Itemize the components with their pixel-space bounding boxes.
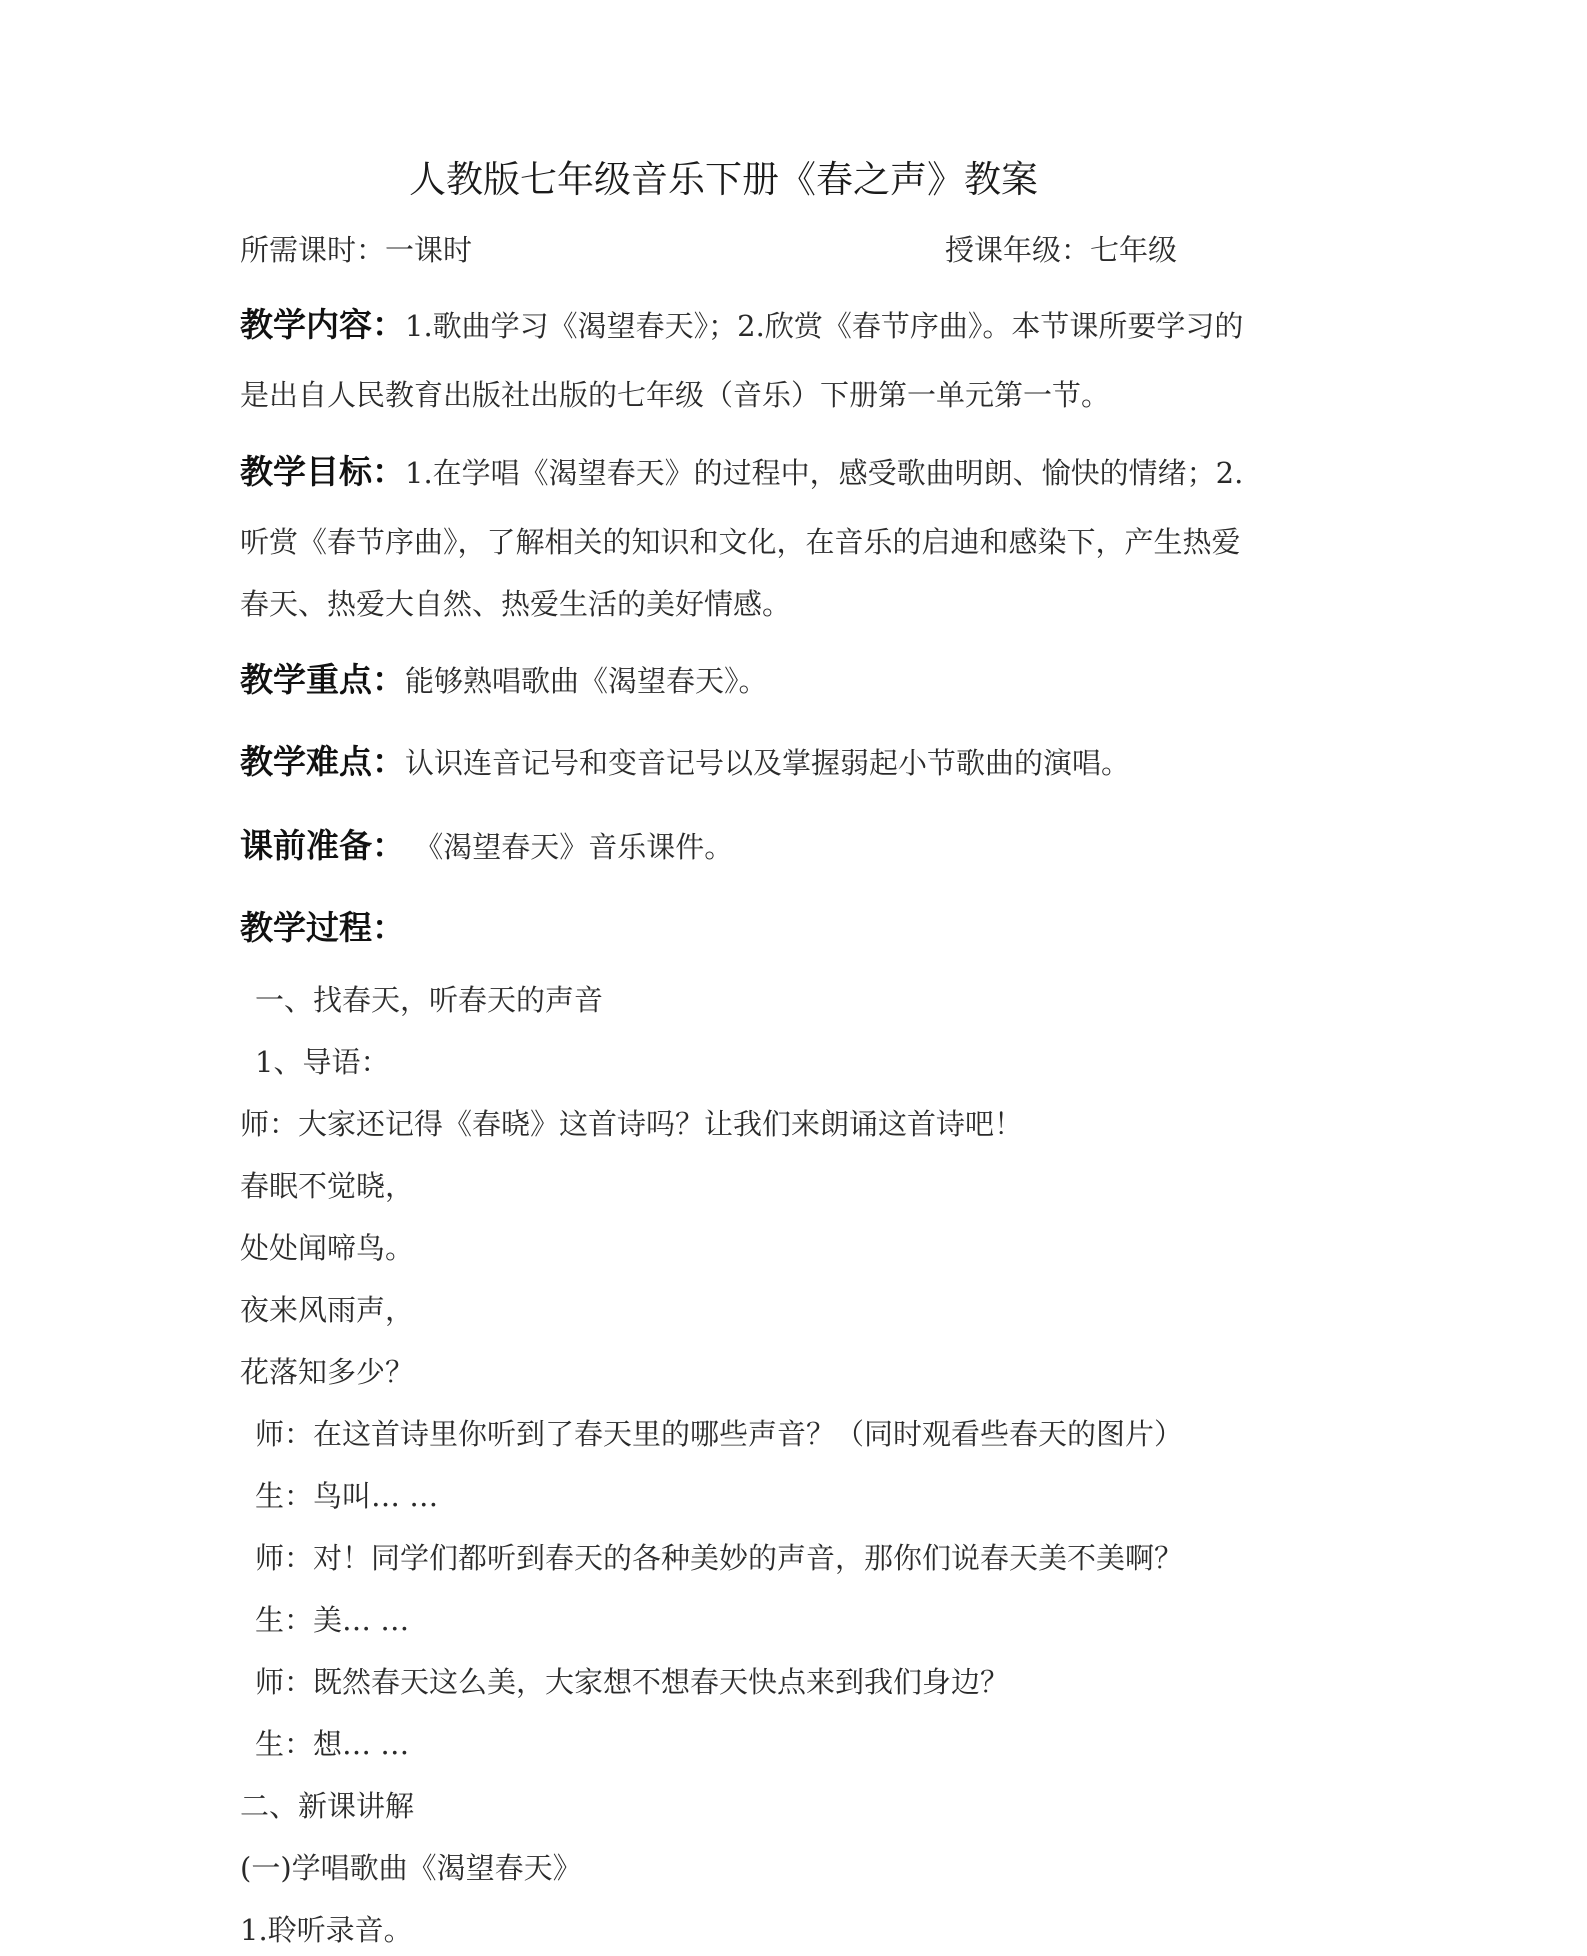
dialogue-line: 生：美… … bbox=[255, 1600, 409, 1640]
process-label: 教学过程： bbox=[240, 908, 405, 947]
body-line: 1、导语： bbox=[255, 1042, 389, 1082]
dialogue-line: 生：鸟叫… … bbox=[255, 1476, 438, 1516]
section-heading: 二、新课讲解 bbox=[240, 1786, 414, 1826]
difficulties-line: 教学难点：认识连音记号和变音记号以及掌握弱起小节歌曲的演唱。 bbox=[240, 742, 1130, 783]
poem-line: 夜来风雨声， bbox=[240, 1290, 414, 1330]
content-line-1: 教学内容：1.歌曲学习《渴望春天》；2.欣赏《春节序曲》。本节课所要学习的 bbox=[240, 305, 1243, 346]
dialogue-line: 师：对！同学们都听到春天的各种美妙的声音，那你们说春天美不美啊？ bbox=[255, 1538, 1183, 1578]
body-line: 一、找春天，听春天的声音 bbox=[255, 980, 603, 1020]
document-title: 人教版七年级音乐下册《春之声》教案 bbox=[0, 155, 1587, 205]
document-title-text: 人教版七年级音乐下册《春之声》教案 bbox=[409, 158, 1038, 201]
preparation-line: 课前准备： 《渴望春天》音乐课件。 bbox=[240, 826, 733, 867]
key-points-label: 教学重点： bbox=[240, 660, 405, 699]
key-points-line: 教学重点：能够熟唱歌曲《渴望春天》。 bbox=[240, 660, 768, 701]
preparation-text: 《渴望春天》音乐课件。 bbox=[405, 830, 733, 864]
duration-label: 所需课时： bbox=[240, 233, 385, 267]
difficulties-label: 教学难点： bbox=[240, 742, 405, 781]
poem-line: 花落知多少？ bbox=[240, 1352, 414, 1392]
content-label: 教学内容： bbox=[240, 305, 405, 344]
objectives-text-2: 听赏《春节序曲》，了解相关的知识和文化，在音乐的启迪和感染下，产生热爱 bbox=[240, 525, 1241, 559]
objectives-line-3: 春天、热爱大自然、热爱生活的美好情感。 bbox=[240, 584, 791, 624]
process-heading: 教学过程： bbox=[240, 908, 405, 949]
content-text-1: 1.歌曲学习《渴望春天》；2.欣赏《春节序曲》。本节课所要学习的 bbox=[405, 309, 1243, 343]
dialogue-line: 师：既然春天这么美，大家想不想春天快点来到我们身边？ bbox=[255, 1662, 1009, 1702]
meta-duration: 所需课时：一课时 bbox=[240, 230, 472, 270]
content-text-2: 是出自人民教育出版社出版的七年级（音乐）下册第一单元第一节。 bbox=[240, 378, 1110, 412]
poem-line: 春眠不觉晓， bbox=[240, 1166, 414, 1206]
objectives-text-3: 春天、热爱大自然、热爱生活的美好情感。 bbox=[240, 587, 791, 621]
document-page: 人教版七年级音乐下册《春之声》教案 所需课时：一课时 授课年级：七年级 教学内容… bbox=[0, 0, 1587, 1956]
meta-grade: 授课年级：七年级 bbox=[945, 230, 1177, 270]
objectives-line-1: 教学目标：1.在学唱《渴望春天》的过程中，感受歌曲明朗、愉快的情绪；2. bbox=[240, 452, 1243, 493]
preparation-label: 课前准备： bbox=[240, 826, 405, 865]
dialogue-line: 生：想… … bbox=[255, 1724, 409, 1764]
difficulties-text: 认识连音记号和变音记号以及掌握弱起小节歌曲的演唱。 bbox=[405, 746, 1130, 780]
body-line: 师：大家还记得《春晓》这首诗吗？让我们来朗诵这首诗吧！ bbox=[240, 1104, 1023, 1144]
content-line-2: 是出自人民教育出版社出版的七年级（音乐）下册第一单元第一节。 bbox=[240, 375, 1110, 415]
dialogue-line: 师：在这首诗里你听到了春天里的哪些声音？（同时观看些春天的图片） bbox=[255, 1414, 1183, 1454]
key-points-text: 能够熟唱歌曲《渴望春天》。 bbox=[405, 664, 768, 698]
subsection-heading: (一)学唱歌曲《渴望春天》 bbox=[240, 1848, 582, 1888]
step-line: 1.聆听录音。 bbox=[240, 1910, 413, 1950]
poem-line: 处处闻啼鸟。 bbox=[240, 1228, 414, 1268]
duration-value: 一课时 bbox=[385, 233, 472, 267]
objectives-text-1: 1.在学唱《渴望春天》的过程中，感受歌曲明朗、愉快的情绪；2. bbox=[405, 456, 1243, 490]
objectives-line-2: 听赏《春节序曲》，了解相关的知识和文化，在音乐的启迪和感染下，产生热爱 bbox=[240, 522, 1241, 562]
grade-value: 七年级 bbox=[1090, 233, 1177, 267]
objectives-label: 教学目标： bbox=[240, 452, 405, 491]
grade-label: 授课年级： bbox=[945, 233, 1090, 267]
